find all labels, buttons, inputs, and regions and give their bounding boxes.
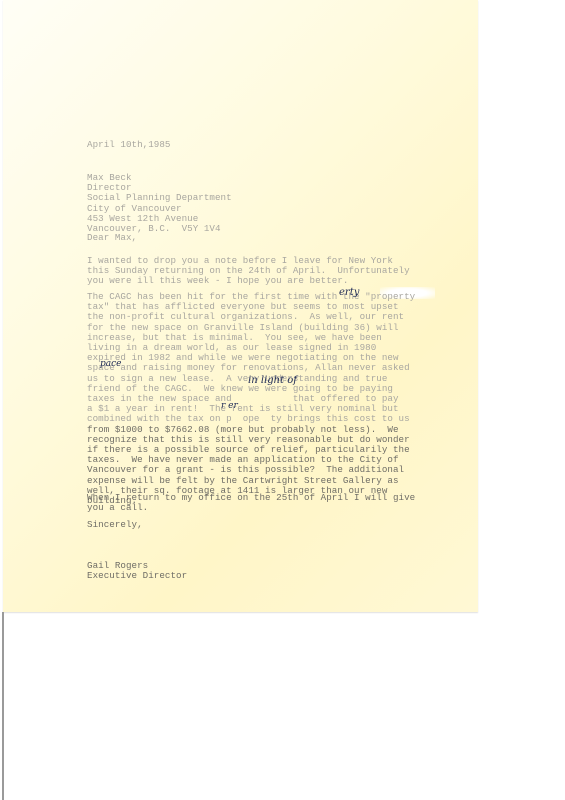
- paragraph-line: you were ill this week - I hope you are …: [87, 276, 410, 286]
- handwritten-correction-property-2: r er: [221, 401, 238, 411]
- paragraph-line: you a call.: [87, 503, 415, 513]
- closing: Sincerely,: [87, 520, 143, 530]
- signature-title: Executive Director: [87, 571, 187, 581]
- page-edge-shadow: [2, 612, 4, 800]
- paragraph-2: The CAGC has been hit for the first time…: [87, 292, 415, 506]
- handwritten-correction-space: pace: [100, 359, 122, 369]
- recipient-address: Max Beck Director Social Planning Depart…: [87, 173, 232, 234]
- salutation: Dear Max,: [87, 233, 137, 243]
- handwritten-insertion-in-light-of: in light of: [248, 375, 297, 386]
- letter-date: April 10th,1985: [87, 140, 170, 150]
- paragraph-1: I wanted to drop you a note before I lea…: [87, 256, 410, 287]
- signature-block: Gail Rogers Executive Director: [87, 561, 187, 581]
- paragraph-3: When I return to my office on the 25th o…: [87, 493, 415, 513]
- handwritten-correction-property: erty: [339, 287, 359, 298]
